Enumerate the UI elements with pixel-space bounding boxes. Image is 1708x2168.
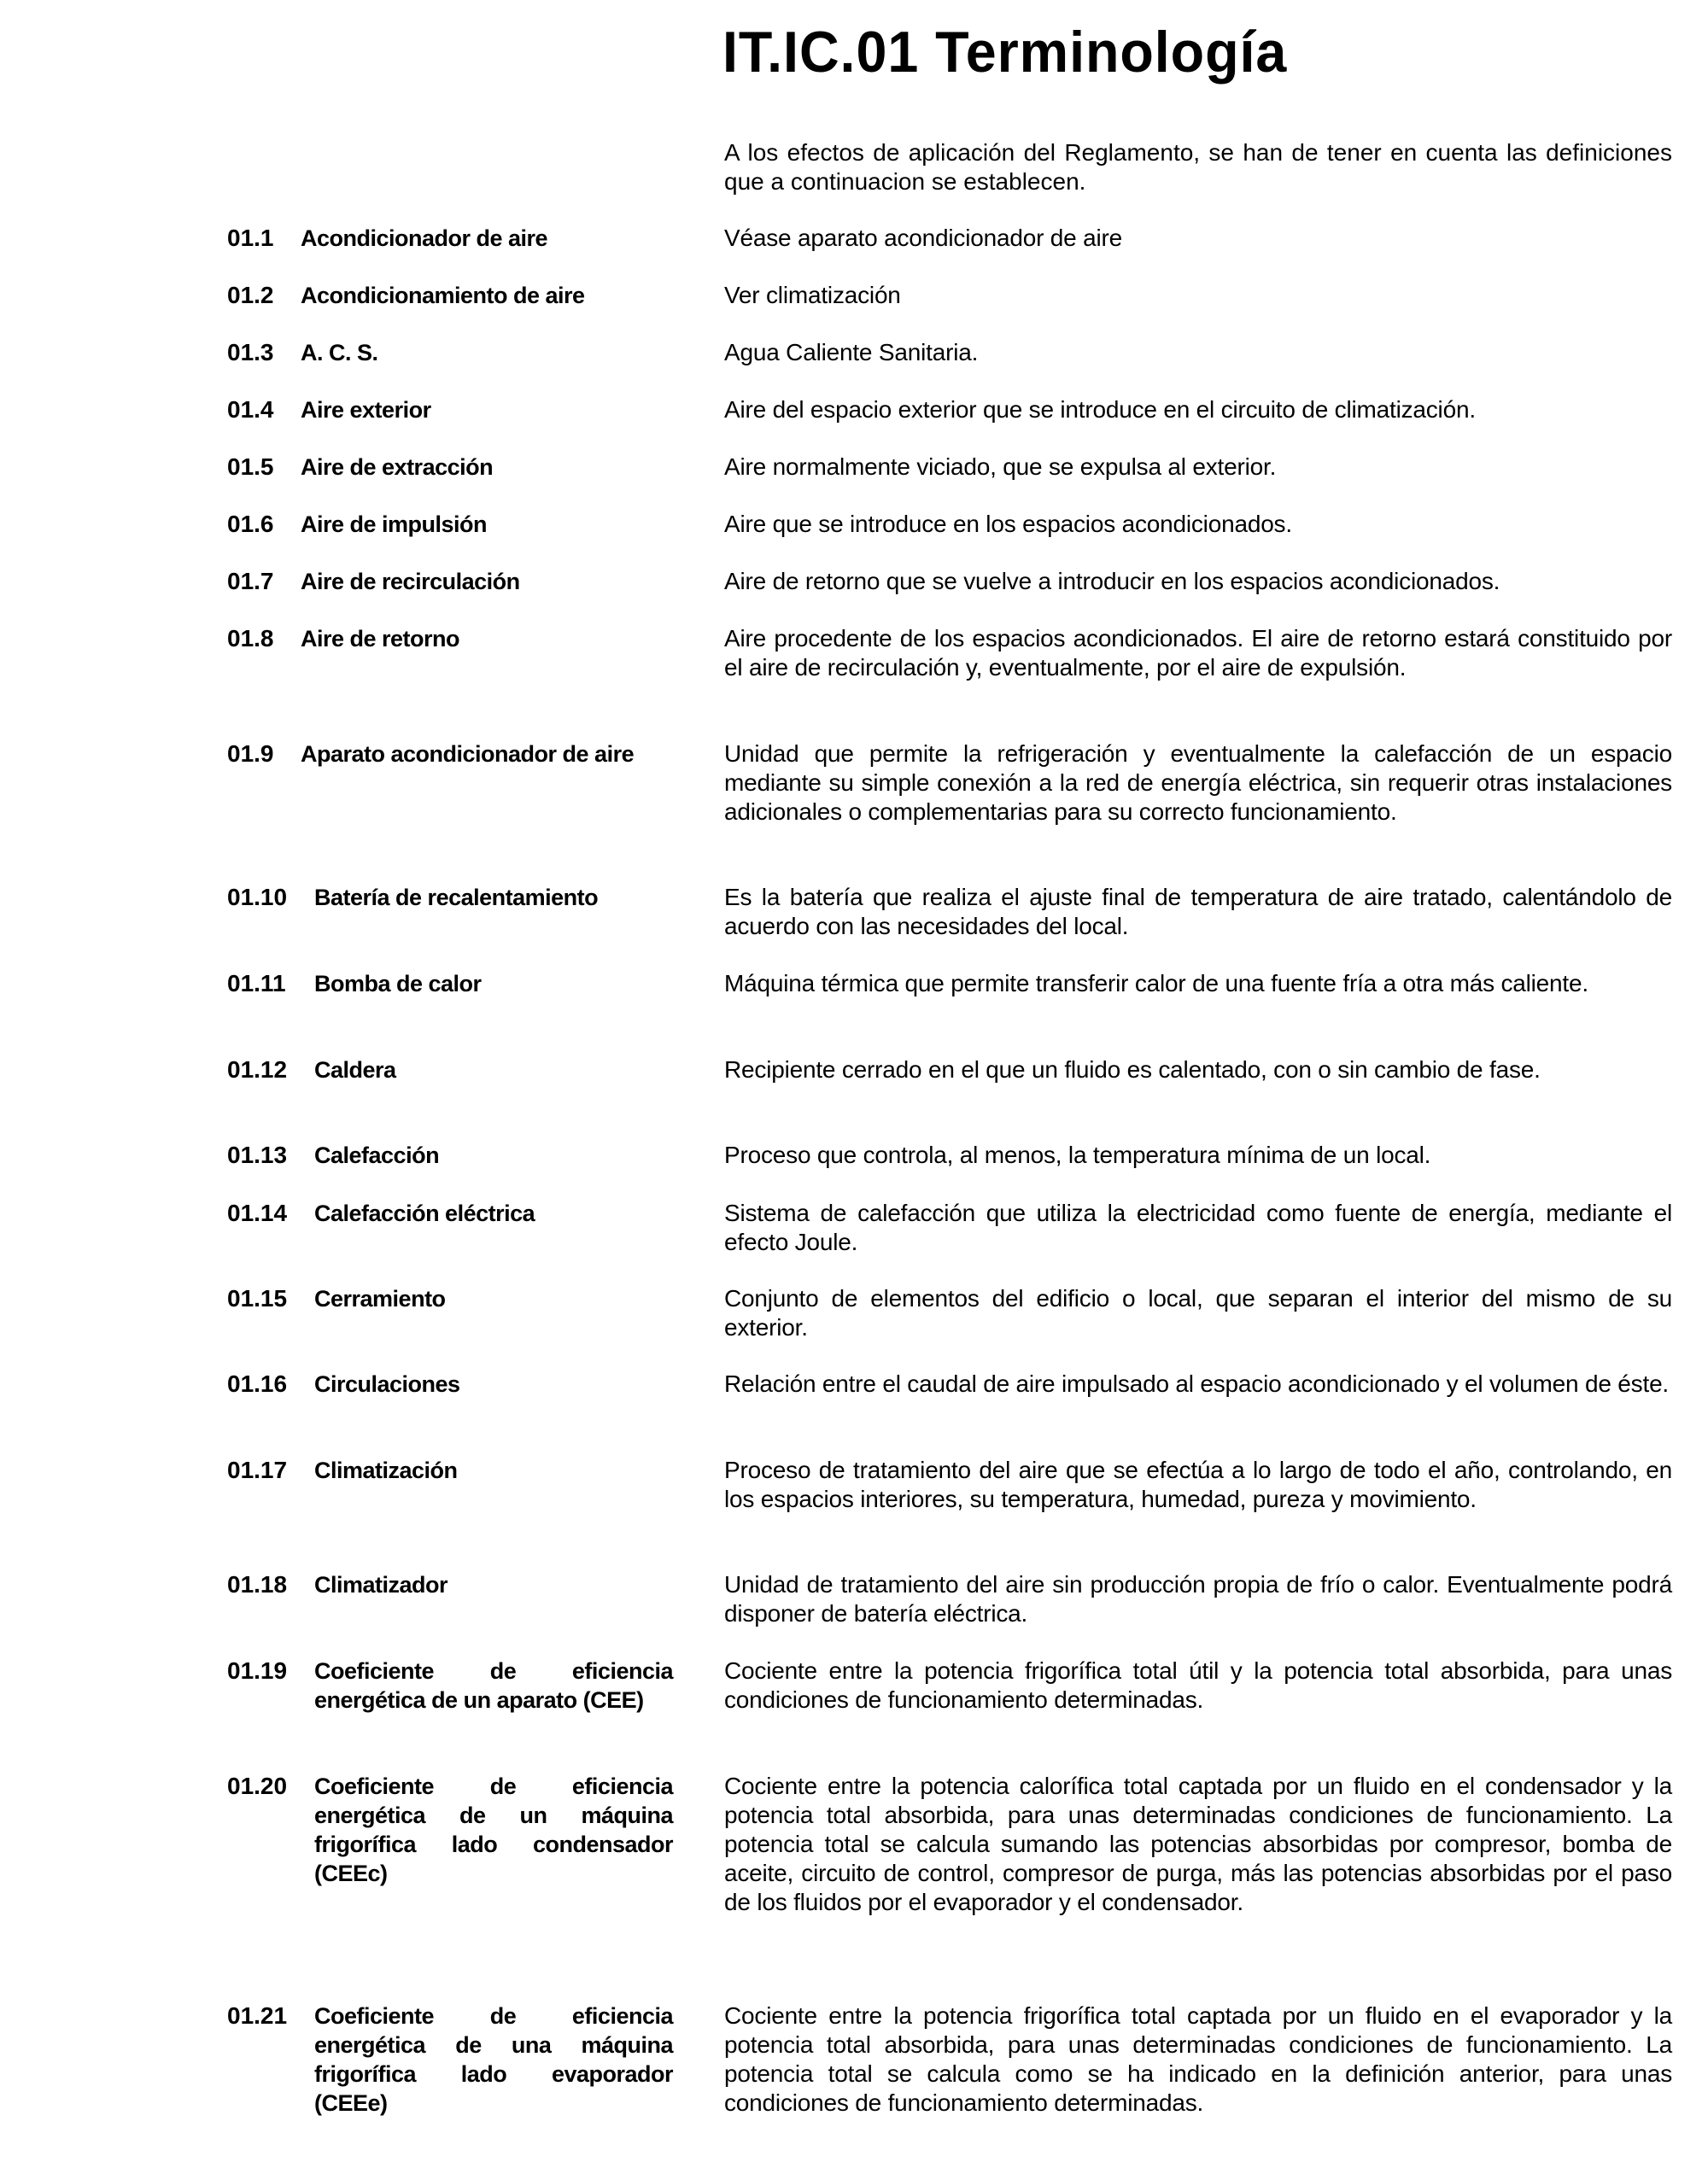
entry-number: 01.21 (227, 2001, 287, 2031)
entry-number: 01.8 (227, 624, 274, 653)
entry-number: 01.12 (227, 1055, 287, 1084)
entry-term: Aparato acondicionador de aire (301, 739, 719, 768)
entry-number: 01.15 (227, 1284, 287, 1313)
entry-number: 01.9 (227, 739, 274, 768)
entry-number: 01.20 (227, 1772, 287, 1801)
entry-term: Coeficiente de eficiencia energética de … (314, 1772, 673, 1888)
entry-definition: Aire del espacio exterior que se introdu… (724, 395, 1672, 424)
entry-definition: Proceso de tratamiento del aire que se e… (724, 1456, 1672, 1514)
entry-definition: Aire normalmente viciado, que se expulsa… (724, 453, 1672, 482)
page-title: IT.IC.01 Terminología (722, 19, 1287, 85)
entry-definition: Cociente entre la potencia frigorífica t… (724, 1657, 1672, 1715)
entry-term: Circulaciones (314, 1370, 724, 1399)
entry-number: 01.13 (227, 1141, 287, 1170)
entry-number: 01.11 (227, 969, 286, 998)
entry-definition: Ver climatización (724, 281, 1672, 310)
entry-term: Aire exterior (301, 395, 728, 424)
entry-definition: Aire de retorno que se vuelve a introduc… (724, 567, 1672, 596)
entry-definition: Conjunto de elementos del edificio o loc… (724, 1284, 1672, 1342)
entry-definition: Recipiente cerrado en el que un fluido e… (724, 1055, 1672, 1084)
entry-term: Calefacción (314, 1141, 724, 1170)
entry-number: 01.14 (227, 1199, 287, 1228)
entry-definition: Unidad de tratamiento del aire sin produ… (724, 1570, 1672, 1628)
entry-term: Aire de impulsión (301, 510, 728, 539)
entry-number: 01.3 (227, 338, 274, 367)
entry-definition: Máquina térmica que permite transferir c… (724, 969, 1672, 998)
entry-term: Acondicionador de aire (301, 224, 728, 253)
entry-number: 01.5 (227, 453, 274, 482)
entry-term: Caldera (314, 1055, 724, 1084)
entry-number: 01.10 (227, 883, 287, 912)
entry-term: Aire de extracción (301, 453, 728, 482)
entry-number: 01.6 (227, 510, 274, 539)
entry-term: Aire de retorno (301, 624, 728, 653)
entry-term: Coeficiente de eficiencia energética de … (314, 2001, 673, 2118)
entry-term: Calefacción eléctrica (314, 1199, 724, 1228)
entry-number: 01.16 (227, 1370, 287, 1399)
entry-definition: Aire procedente de los espacios acondici… (724, 624, 1672, 682)
entry-definition: Cociente entre la potencia calorífica to… (724, 1772, 1672, 1917)
entry-definition: Proceso que controla, al menos, la tempe… (724, 1141, 1672, 1170)
entry-term: Climatizador (314, 1570, 724, 1599)
entry-term: Batería de recalentamiento (314, 883, 724, 912)
entry-term: Cerramiento (314, 1284, 724, 1313)
entry-term: Aire de recirculación (301, 567, 728, 596)
entry-definition: Sistema de calefacción que utiliza la el… (724, 1199, 1672, 1257)
entry-definition: Véase aparato acondicionador de aire (724, 224, 1672, 253)
entry-definition: Cociente entre la potencia frigorífica t… (724, 2001, 1672, 2118)
entry-number: 01.1 (227, 224, 274, 253)
entry-definition: Es la batería que realiza el ajuste fina… (724, 883, 1672, 941)
entry-number: 01.7 (227, 567, 274, 596)
entry-number: 01.18 (227, 1570, 287, 1599)
entry-number: 01.19 (227, 1657, 287, 1686)
entry-term: Acondicionamiento de aire (301, 281, 728, 310)
intro-paragraph: A los efectos de aplicación del Reglamen… (724, 138, 1672, 196)
entry-definition: Unidad que permite la refrigeración y ev… (724, 739, 1672, 827)
entry-definition: Agua Caliente Sanitaria. (724, 338, 1672, 367)
entry-number: 01.17 (227, 1456, 287, 1485)
entry-term: Climatización (314, 1456, 724, 1485)
entry-number: 01.2 (227, 281, 274, 310)
entry-term: Bomba de calor (314, 969, 724, 998)
entry-term: Coeficiente de eficiencia energética de … (314, 1657, 673, 1715)
entry-term: A. C. S. (301, 338, 728, 367)
entry-definition: Relación entre el caudal de aire impulsa… (724, 1370, 1672, 1399)
entry-definition: Aire que se introduce en los espacios ac… (724, 510, 1672, 539)
entry-number: 01.4 (227, 395, 274, 424)
